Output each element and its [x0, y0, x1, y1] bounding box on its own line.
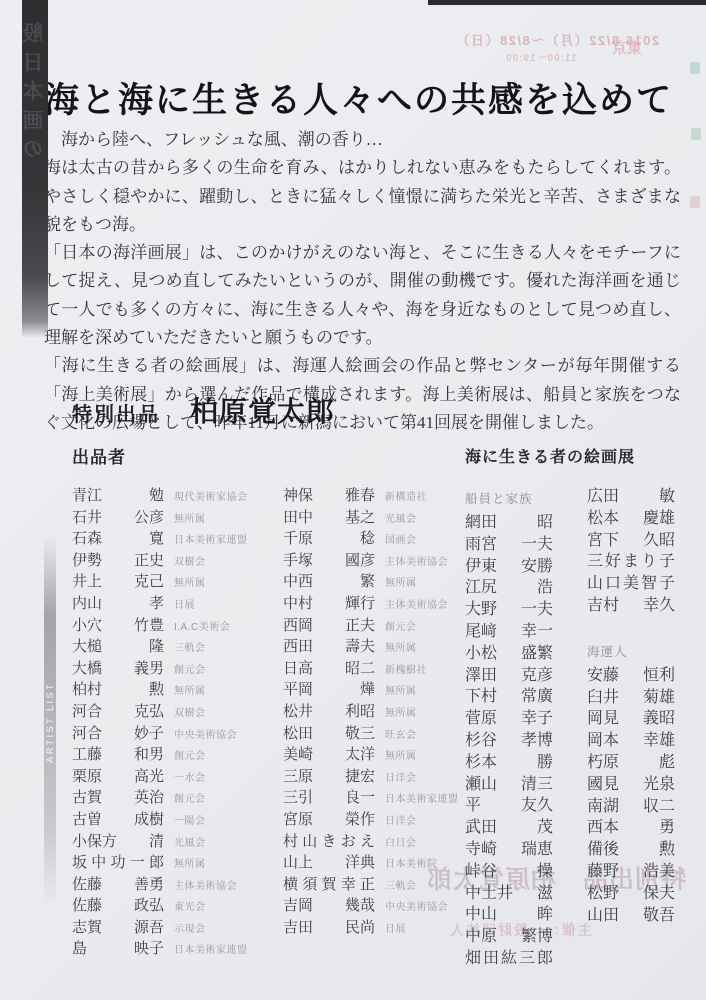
artist-name: 臼井菊雄: [587, 687, 675, 709]
exhibitor-row: 宮原榮作日洋会: [283, 810, 460, 832]
page-spine-band: 般日本画の: [22, 0, 48, 338]
edge-ink-mark: [691, 128, 701, 140]
exhibitor-row: 中村輝行主体美術協会: [283, 594, 460, 616]
exhibitor-row: 青江勉現代美術家協会: [72, 486, 283, 508]
artist-name: 美崎太洋: [283, 745, 375, 767]
artist-name: 柏村勲: [72, 680, 164, 702]
affiliation-label: 新槐樹社: [385, 660, 427, 682]
painter-row: 雨宮一夫: [465, 534, 587, 556]
artist-name: 三原捷宏: [283, 767, 375, 789]
exhibitor-row: 大橋義男創元会: [72, 659, 283, 681]
affiliation-label: 新構造社: [385, 487, 427, 509]
artist-name: 山田敬吾: [587, 905, 675, 927]
sea-painters-column-c: 船員と家族 網田昭雨宮一夫伊東安勝江尻浩大野一夫尾﨑幸一小松盛繁澤田克彦下村常廣…: [465, 486, 587, 970]
painter-row: 松本慶雄: [587, 508, 687, 530]
exhibitor-row: 西岡正夫創元会: [283, 616, 460, 638]
sea-painters-section: 海に生きる者の絵画展 船員と家族 網田昭雨宮一夫伊東安勝江尻浩大野一夫尾﨑幸一小…: [465, 448, 697, 970]
artist-name: 三好まり子: [587, 551, 675, 573]
artist-name: 小松盛繁: [465, 643, 553, 665]
artist-name: 伊東安勝: [465, 556, 553, 578]
exhibitor-row: 美崎太洋無所属: [283, 745, 460, 767]
artist-name: 松本慶雄: [587, 508, 675, 530]
spine-ghost-text: 般日本画の: [20, 0, 50, 338]
painter-row: 中土井滋: [465, 883, 587, 905]
painter-row: 中山眸: [465, 904, 587, 926]
painter-row: 岡見義昭: [587, 708, 687, 730]
artist-name: 西岡正夫: [283, 616, 375, 638]
painter-row: 網田昭: [465, 512, 587, 534]
artist-name: 尾﨑幸一: [465, 621, 553, 643]
affiliation-label: 主体美術協会: [174, 876, 237, 898]
artist-name: 杉谷孝博: [465, 730, 553, 752]
artist-name: 南湖収二: [587, 796, 675, 818]
artist-list-label: ARTIST LIST: [45, 682, 55, 763]
artist-name: 青江勉: [72, 486, 164, 508]
exhibitor-row: 河合克弘双樹会: [72, 702, 283, 724]
exhibitor-row: 柏村勲無所属: [72, 680, 283, 702]
affiliation-label: 中央美術協会: [385, 897, 448, 919]
crew-families-list: 網田昭雨宮一夫伊東安勝江尻浩大野一夫尾﨑幸一小松盛繁澤田克彦下村常廣菅原幸子杉谷…: [465, 512, 587, 970]
affiliation-label: 日洋会: [385, 768, 417, 790]
exhibitor-row: 中西繁無所属: [283, 572, 460, 594]
sea-painters-column-d: 広田敏松本慶雄宮下久昭三好まり子山口美智子吉村幸久 海運人 安藤恒利臼井菊雄岡見…: [587, 486, 687, 970]
exhibitor-row: 横須賀幸正三軌会: [283, 875, 460, 897]
artist-name: 石森寛: [72, 529, 164, 551]
affiliation-label: 日展: [174, 595, 195, 617]
exhibitor-row: 田中基之光風会: [283, 508, 460, 530]
edge-ink-mark: [690, 196, 700, 208]
artist-name: 坂中功一郎: [72, 853, 164, 875]
exhibitor-row: 島映子日本美術家連盟: [72, 939, 283, 961]
affiliation-label: 無所属: [385, 573, 417, 595]
artist-name: 網田昭: [465, 512, 553, 534]
artist-name: 小保方清: [72, 832, 164, 854]
painter-row: 峠谷操: [465, 861, 587, 883]
painter-row: 小松盛繁: [465, 643, 587, 665]
artist-name: 吉田民尚: [283, 918, 375, 940]
affiliation-label: 日洋会: [385, 811, 417, 833]
affiliation-label: 示現会: [174, 919, 206, 941]
artist-name: 中土井滋: [465, 883, 553, 905]
painter-row: 三好まり子: [587, 551, 687, 573]
painter-row: 松野保夫: [587, 883, 687, 905]
page-title: 海と海に生きる人々への共感を込めて: [44, 73, 694, 123]
artist-name: 菅原幸子: [465, 708, 553, 730]
affiliation-label: 創元会: [174, 660, 206, 682]
artist-name: 千原稔: [283, 529, 375, 551]
artist-name: 國見光泉: [587, 774, 675, 796]
maritime-people-subheader: 海運人: [587, 639, 687, 665]
artist-name: 古賀英治: [72, 788, 164, 810]
affiliation-label: 創元会: [174, 789, 206, 811]
artist-name: 瀬山清三: [465, 774, 553, 796]
sea-painters-header: 海に生きる者の絵画展: [465, 448, 697, 468]
painter-row: 中原繁博: [465, 926, 587, 948]
affiliation-label: 一水会: [174, 768, 206, 790]
artist-name: 石井公彦: [72, 508, 164, 530]
exhibitor-row: 古曽成樹一陽会: [72, 810, 283, 832]
painter-row: 國見光泉: [587, 774, 687, 796]
artist-name: 宮原榮作: [283, 810, 375, 832]
exhibitor-row: 三引良一日本美術家連盟: [283, 788, 460, 810]
painter-row: 吉村幸久: [587, 595, 687, 617]
artist-name: 朽原彪: [587, 752, 675, 774]
affiliation-label: 白日会: [385, 833, 417, 855]
painter-row: 広田敏: [587, 486, 687, 508]
painter-row: 武田茂: [465, 817, 587, 839]
exhibitor-row: 神保雅春新構造社: [283, 486, 460, 508]
artist-name: 広田敏: [587, 486, 675, 508]
painter-row: 澤田克彦: [465, 665, 587, 687]
painter-row: 岡本幸雄: [587, 730, 687, 752]
painter-row: 下村常廣: [465, 686, 587, 708]
painter-row: 山口美智子: [587, 573, 687, 595]
artist-name: 栗原高光: [72, 767, 164, 789]
exhibitor-row: 松田敬三旺玄会: [283, 724, 460, 746]
painter-row: 山田敬吾: [587, 905, 687, 927]
affiliation-label: 旺玄会: [385, 725, 417, 747]
affiliation-label: 無所属: [174, 854, 206, 876]
artist-name: 中村輝行: [283, 594, 375, 616]
affiliation-label: 日本美術家連盟: [174, 940, 248, 962]
affiliation-label: 東光会: [174, 897, 206, 919]
exhibitor-row: 大槌隆三軌会: [72, 637, 283, 659]
exhibitor-row: 石森寛日本美術家連盟: [72, 529, 283, 551]
artist-name: 工藤和男: [72, 745, 164, 767]
artist-name: 岡見義昭: [587, 708, 675, 730]
artist-name: 平友久: [465, 795, 553, 817]
artist-name: 村山きおえ: [283, 832, 375, 854]
artist-name: 平岡燁: [283, 680, 375, 702]
artist-name: 澤田克彦: [465, 665, 553, 687]
painter-row: 臼井菊雄: [587, 687, 687, 709]
affiliation-label: 双樹会: [174, 552, 206, 574]
artist-name: 内山孝: [72, 594, 164, 616]
artist-name: 中西繁: [283, 572, 375, 594]
artist-name: 田中基之: [283, 508, 375, 530]
exhibitor-row: 千原稔国画会: [283, 529, 460, 551]
affiliation-label: 無所属: [174, 573, 206, 595]
affiliation-label: 日本美術院: [385, 854, 438, 876]
affiliation-label: 無所属: [385, 638, 417, 660]
painter-row: 寺崎瑞恵: [465, 839, 587, 861]
affiliation-label: 主体美術協会: [385, 595, 448, 617]
exhibitor-row: 小保方清光風会: [72, 832, 283, 854]
showthrough-tokyo-text: 東京: [612, 37, 642, 58]
exhibitor-row: 内山孝日展: [72, 594, 283, 616]
exhibitor-row: 松井利昭無所属: [283, 702, 460, 724]
artist-name: 小穴竹豊: [72, 616, 164, 638]
artist-name: 日高昭二: [283, 659, 375, 681]
painter-row: 伊東安勝: [465, 556, 587, 578]
exhibitor-row: 工藤和男創元会: [72, 745, 283, 767]
intro-paragraph: 「日本の海洋画展」は、このかけがえのない海と、そこに生きる人々をモチーフにして捉…: [44, 239, 681, 352]
artist-name: 松井利昭: [283, 702, 375, 724]
artist-name: 神保雅春: [283, 486, 375, 508]
artist-name: 山上洋典: [283, 853, 375, 875]
artist-name: 吉村幸久: [587, 595, 675, 617]
exhibitor-row: 三原捷宏日洋会: [283, 767, 460, 789]
painter-row: 安藤恒利: [587, 665, 687, 687]
intro-paragraph: 海から陸へ、フレッシュな風、潮の香り…: [44, 126, 681, 154]
exhibitor-row: 井上克己無所属: [72, 572, 283, 594]
artist-name: 藤野浩美: [587, 861, 675, 883]
artist-name: 畑田紘三郎: [465, 948, 553, 970]
artist-name: 大橋義男: [72, 659, 164, 681]
artist-name: 三引良一: [283, 788, 375, 810]
intro-paragraph: 海は太古の昔から多くの生命を育み、はかりしれない恵みをもたらしてくれます。やさし…: [44, 154, 681, 239]
affiliation-label: 日本美術家連盟: [385, 789, 459, 811]
artist-name: 吉岡幾哉: [283, 896, 375, 918]
exhibitors-section: 出品者 青江勉現代美術家協会石井公彦無所属石森寛日本美術家連盟伊勢正史双樹会井上…: [72, 448, 460, 961]
affiliation-label: 一陽会: [174, 811, 206, 833]
artist-name: 西本勇: [587, 817, 675, 839]
painter-row: 宮下久昭: [587, 530, 687, 552]
exhibitor-row: 村山きおえ白日会: [283, 832, 460, 854]
artist-name: 下村常廣: [465, 686, 553, 708]
artist-name: 手塚國彦: [283, 551, 375, 573]
exhibitor-row: 石井公彦無所属: [72, 508, 283, 530]
exhibitor-row: 佐藤善勇主体美術協会: [72, 875, 283, 897]
affiliation-label: 無所属: [385, 681, 417, 703]
artist-name: 島映子: [72, 939, 164, 961]
artist-name: 中山眸: [465, 904, 553, 926]
exhibitor-row: 日高昭二新槐樹社: [283, 659, 460, 681]
affiliation-label: 光風会: [174, 833, 206, 855]
painter-row: 南湖収二: [587, 796, 687, 818]
affiliation-label: 双樹会: [174, 703, 206, 725]
artist-name: 伊勢正史: [72, 551, 164, 573]
exhibitor-row: 吉田民尚日展: [283, 918, 460, 940]
affiliation-label: 現代美術家協会: [174, 487, 248, 509]
special-exhibit: 特別出品 柏原覚太郎: [72, 390, 335, 430]
exhibitors-header: 出品者: [72, 448, 460, 468]
artist-name: 志賀源吾: [72, 918, 164, 940]
artist-list-ribbon: ARTIST LIST: [44, 534, 56, 906]
artist-name: 大槌隆: [72, 637, 164, 659]
artist-name: 宮下久昭: [587, 530, 675, 552]
painter-row: 瀬山清三: [465, 774, 587, 796]
artist-name: 井上克己: [72, 572, 164, 594]
special-exhibit-label: 特別出品: [72, 398, 160, 427]
artist-name: 岡本幸雄: [587, 730, 675, 752]
artist-name: 横須賀幸正: [283, 875, 375, 897]
painter-row: 尾﨑幸一: [465, 621, 587, 643]
painter-row: 平友久: [465, 795, 587, 817]
painter-row: 杉本勝: [465, 752, 587, 774]
artist-name: 安藤恒利: [587, 665, 675, 687]
artist-name: 佐藤政弘: [72, 896, 164, 918]
exhibitor-row: 志賀源吾示現会: [72, 918, 283, 940]
artist-name: 杉本勝: [465, 752, 553, 774]
exhibitors-column-b: 神保雅春新構造社田中基之光風会千原稔国画会手塚國彦主体美術協会中西繁無所属中村輝…: [283, 486, 460, 961]
affiliation-label: 三軌会: [174, 638, 206, 660]
affiliation-label: 無所属: [174, 509, 206, 531]
painter-row: 備後勲: [587, 839, 687, 861]
artist-name: 中原繁博: [465, 926, 553, 948]
affiliation-label: 無所属: [385, 746, 417, 768]
affiliation-label: 中央美術協会: [174, 725, 237, 747]
artist-name: 河合克弘: [72, 702, 164, 724]
artist-name: 雨宮一夫: [465, 534, 553, 556]
exhibitor-row: 栗原高光一水会: [72, 767, 283, 789]
affiliation-label: 無所属: [385, 703, 417, 725]
artist-name: 備後勲: [587, 839, 675, 861]
artist-name: 寺崎瑞恵: [465, 839, 553, 861]
artist-name: 峠谷操: [465, 861, 553, 883]
maritime-people-list: 安藤恒利臼井菊雄岡見義昭岡本幸雄朽原彪國見光泉南湖収二西本勇備後勲藤野浩美松野保…: [587, 665, 687, 927]
artist-name: 古曽成樹: [72, 810, 164, 832]
exhibitor-row: 吉岡幾哉中央美術協会: [283, 896, 460, 918]
exhibitor-row: 平岡燁無所属: [283, 680, 460, 702]
exhibitor-row: 山上洋典日本美術院: [283, 853, 460, 875]
exhibitors-column-a: 青江勉現代美術家協会石井公彦無所属石森寛日本美術家連盟伊勢正史双樹会井上克己無所…: [72, 486, 283, 961]
artist-name: 河合妙子: [72, 724, 164, 746]
artist-name: 江尻浩: [465, 577, 553, 599]
affiliation-label: 創元会: [385, 617, 417, 639]
exhibitor-row: 西田壽夫無所属: [283, 637, 460, 659]
artist-name: 山口美智子: [587, 573, 675, 595]
affiliation-label: 日本美術家連盟: [174, 530, 248, 552]
artist-name: 松田敬三: [283, 724, 375, 746]
painter-row: 杉谷孝博: [465, 730, 587, 752]
affiliation-label: I.A.C美術会: [174, 617, 230, 639]
affiliation-label: 主体美術協会: [385, 552, 448, 574]
painter-row: 菅原幸子: [465, 708, 587, 730]
crew-families-list-continued: 広田敏松本慶雄宮下久昭三好まり子山口美智子吉村幸久: [587, 486, 687, 617]
exhibitor-row: 河合妙子中央美術協会: [72, 724, 283, 746]
special-exhibit-artist-name: 柏原覚太郎: [190, 390, 335, 430]
painter-row: 江尻浩: [465, 577, 587, 599]
edge-ink-mark: [690, 62, 700, 74]
exhibitor-row: 小穴竹豊I.A.C美術会: [72, 616, 283, 638]
painter-row: 大野一夫: [465, 599, 587, 621]
affiliation-label: 創元会: [174, 746, 206, 768]
exhibitor-row: 伊勢正史双樹会: [72, 551, 283, 573]
artist-name: 大野一夫: [465, 599, 553, 621]
exhibitor-row: 坂中功一郎無所属: [72, 853, 283, 875]
painter-row: 藤野浩美: [587, 861, 687, 883]
crew-families-subheader: 船員と家族: [465, 486, 587, 512]
affiliation-label: 無所属: [174, 681, 206, 703]
artist-name: 松野保夫: [587, 883, 675, 905]
affiliation-label: 三軌会: [385, 876, 417, 898]
affiliation-label: 光風会: [385, 509, 417, 531]
artist-name: 西田壽夫: [283, 637, 375, 659]
painter-row: 畑田紘三郎: [465, 948, 587, 970]
affiliation-label: 国画会: [385, 530, 417, 552]
exhibitor-row: 佐藤政弘東光会: [72, 896, 283, 918]
painter-row: 朽原彪: [587, 752, 687, 774]
artist-name: 武田茂: [465, 817, 553, 839]
exhibitor-row: 手塚國彦主体美術協会: [283, 551, 460, 573]
painter-row: 西本勇: [587, 817, 687, 839]
artist-name: 佐藤善勇: [72, 875, 164, 897]
exhibitor-row: 古賀英治創元会: [72, 788, 283, 810]
scan-top-edge: [428, 0, 706, 5]
showthrough-time-text: 11:00〜19:00: [505, 49, 577, 64]
affiliation-label: 日展: [385, 919, 406, 941]
